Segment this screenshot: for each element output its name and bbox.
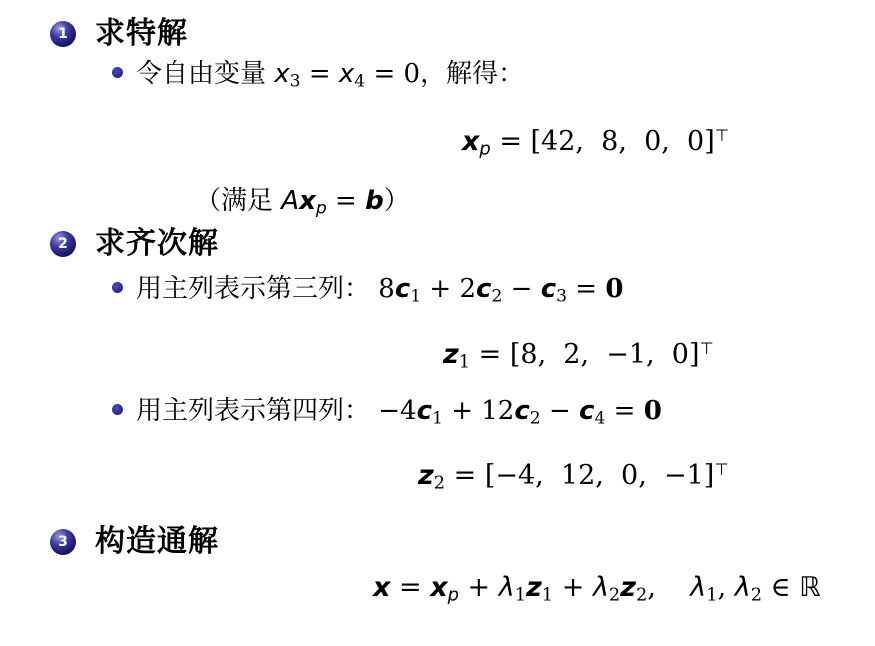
formula-z1: z1 = [8, 2, −1, 0]⊤ xyxy=(443,337,714,373)
bullet-third-column: 用主列表示第三列： 8c1 + 2c2 − c3 = 0 xyxy=(112,272,623,306)
bullet-fourth-column: 用主列表示第四列： −4c1 + 12c2 − c4 = 0 xyxy=(112,394,662,428)
formula-particular-solution: xp = [42, 8, 0, 0]⊤ xyxy=(462,124,729,160)
slide: 1 求特解 令自由变量 x3 = x4 = 0，解得： xp = [42, 8,… xyxy=(0,0,875,646)
enum-ball-2-icon: 2 xyxy=(50,231,76,257)
bullet-free-variables-text: 令自由变量 x3 = x4 = 0，解得： xyxy=(136,57,524,91)
enum-title-1: 求特解 xyxy=(95,16,188,52)
enum-item-2: 2 求齐次解 xyxy=(50,226,219,262)
enum-ball-1-icon: 1 xyxy=(50,21,76,47)
bullet-third-column-text: 用主列表示第三列： 8c1 + 2c2 − c3 = 0 xyxy=(136,272,623,306)
enum-item-3: 3 构造通解 xyxy=(50,524,219,560)
bullet-free-variables: 令自由变量 x3 = x4 = 0，解得： xyxy=(112,57,524,91)
bullet-dot-icon xyxy=(112,67,123,78)
enum-ball-3-icon: 3 xyxy=(50,529,76,555)
bullet-dot-icon xyxy=(112,404,123,415)
enum-title-3: 构造通解 xyxy=(95,524,219,560)
bullet-fourth-column-text: 用主列表示第四列： −4c1 + 12c2 − c4 = 0 xyxy=(136,394,662,428)
enum-title-2: 求齐次解 xyxy=(95,226,219,262)
formula-z2: z2 = [−4, 12, 0, −1]⊤ xyxy=(418,458,728,494)
bullet-dot-icon xyxy=(112,282,123,293)
formula-general-solution: x = xp + λ1z1 + λ2z2, λ1, λ2 ∈ ℝ xyxy=(373,570,821,606)
enum-item-1: 1 求特解 xyxy=(50,16,188,52)
note-satisfies-axb: （满足 Axp = b） xyxy=(195,184,410,218)
